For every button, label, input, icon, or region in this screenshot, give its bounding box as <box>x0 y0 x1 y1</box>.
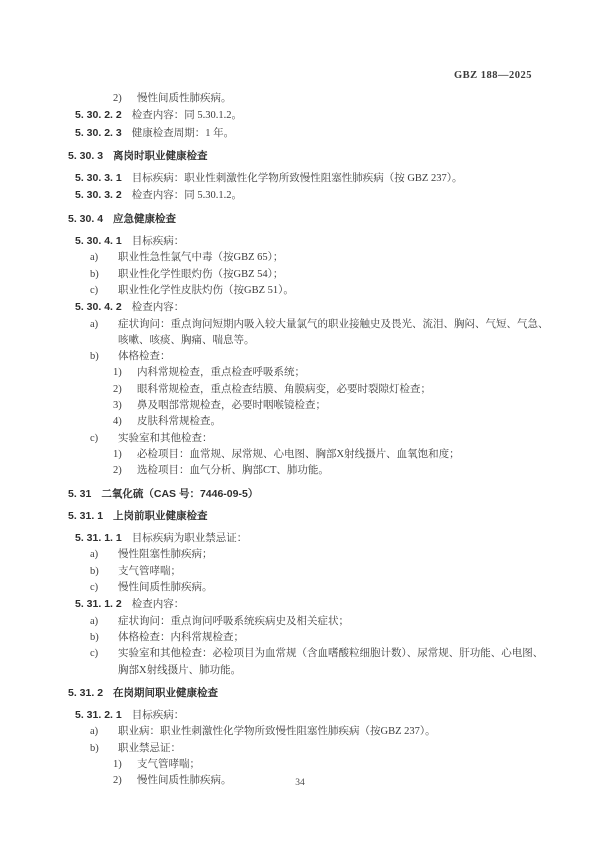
line-text: 皮肤科常规检查。 <box>137 416 221 427</box>
line-label: 1) <box>113 757 137 773</box>
line-label: a) <box>90 547 118 563</box>
doc-line: a)职业病：职业性刺激性化学物所致慢性阻塞性肺疾病（按GBZ 237）。 <box>90 724 555 740</box>
doc-line: b)支气管哮喘； <box>90 564 555 580</box>
document-page: GBZ 188—2025 2)慢性间质性肺疾病。5. 30. 2. 2检查内容：… <box>0 0 600 848</box>
doc-line: 5. 30. 3. 2检查内容：同 5.30.1.2。 <box>75 187 555 204</box>
line-text: 职业性化学性眼灼伤（按GBZ 54）； <box>118 269 283 280</box>
line-text: 眼科常规检查，重点检查结膜、角膜病变，必要时裂隙灯检查； <box>137 384 431 395</box>
line-label: 3) <box>113 398 137 414</box>
line-text: 支气管哮喘； <box>137 759 200 770</box>
doc-line: 5. 30. 4应急健康检查 <box>68 211 555 227</box>
doc-line: 5. 31. 2在岗期间职业健康检查 <box>68 685 555 701</box>
line-text: 应急健康检查 <box>113 213 176 225</box>
doc-line: 1)内科常规检查，重点检查呼吸系统； <box>113 365 555 381</box>
doc-line: 咳嗽、咳痰、胸痛、喘息等。 <box>118 333 555 349</box>
doc-line: 5. 30. 2. 2检查内容：同 5.30.1.2。 <box>75 107 555 124</box>
document-content: 2)慢性间质性肺疾病。5. 30. 2. 2检查内容：同 5.30.1.2。5.… <box>68 91 555 790</box>
line-label: 5. 30. 3 <box>68 150 103 162</box>
line-label: 2) <box>113 382 137 398</box>
line-label: a) <box>90 724 118 740</box>
line-text: 选检项目：血气分析、胸部CT、肺功能。 <box>137 465 329 476</box>
doc-line: 5. 30. 4. 2检查内容： <box>75 299 555 316</box>
doc-line: a)慢性阻塞性肺疾病； <box>90 547 555 563</box>
line-text: 目标疾病为职业禁忌证： <box>132 533 248 544</box>
doc-line: 1)必检项目：血常规、尿常规、心电图、胸部X射线摄片、血氧饱和度； <box>113 447 555 463</box>
doc-line: 2)选检项目：血气分析、胸部CT、肺功能。 <box>113 463 555 479</box>
line-label: 5. 30. 4. 1 <box>75 235 122 247</box>
line-label: b) <box>90 267 118 283</box>
line-text: 检查内容：同 5.30.1.2。 <box>132 190 242 201</box>
line-label: 5. 31. 1. 2 <box>75 598 122 610</box>
doc-line: 1)支气管哮喘； <box>113 757 555 773</box>
line-text: 实验室和其他检查： <box>118 433 213 444</box>
doc-line: c)实验室和其他检查： <box>90 431 555 447</box>
line-text: 鼻及咽部常规检查，必要时咽喉镜检查； <box>137 400 326 411</box>
line-text: 上岗前职业健康检查 <box>113 510 208 522</box>
doc-line: 5. 30. 2. 3健康检查周期：1 年。 <box>75 125 555 142</box>
line-text: 内科常规检查，重点检查呼吸系统； <box>137 367 305 378</box>
line-text: 健康检查周期：1 年。 <box>132 128 234 139</box>
line-label: 5. 31. 2 <box>68 687 103 699</box>
line-text: 支气管哮喘； <box>118 566 181 577</box>
doc-line: 2)慢性间质性肺疾病。 <box>113 91 555 107</box>
line-text: 体格检查：内科常规检查； <box>118 632 244 643</box>
doc-line: b)职业性化学性眼灼伤（按GBZ 54）； <box>90 267 555 283</box>
line-label: 5. 30. 3. 2 <box>75 189 122 201</box>
doc-line: 5. 31二氧化硫（CAS 号：7446-09-5） <box>68 486 555 502</box>
line-label: 2) <box>113 91 137 107</box>
line-text: 职业禁忌证： <box>118 743 181 754</box>
doc-line: 4)皮肤科常规检查。 <box>113 414 555 430</box>
doc-line: 5. 30. 4. 1目标疾病： <box>75 233 555 250</box>
line-text: 体格检查： <box>118 351 171 362</box>
line-label: 5. 31 <box>68 488 91 500</box>
doc-line: b)体格检查： <box>90 349 555 365</box>
line-label: 5. 30. 3. 1 <box>75 172 122 184</box>
line-label: b) <box>90 564 118 580</box>
line-label: b) <box>90 630 118 646</box>
line-text: 检查内容： <box>132 599 185 610</box>
line-text: 职业病：职业性刺激性化学物所致慢性阻塞性肺疾病（按GBZ 237）。 <box>118 726 436 737</box>
line-text: 在岗期间职业健康检查 <box>113 687 218 699</box>
line-text: 检查内容：同 5.30.1.2。 <box>132 110 242 121</box>
doc-line: c)职业性化学性皮肤灼伤（按GBZ 51）。 <box>90 283 555 299</box>
line-label: 5. 30. 4 <box>68 213 103 225</box>
line-text: 离岗时职业健康检查 <box>113 150 208 162</box>
line-label: a) <box>90 317 118 333</box>
line-text: 慢性阻塞性肺疾病； <box>118 549 213 560</box>
line-text: 慢性间质性肺疾病。 <box>137 93 232 104</box>
line-label: b) <box>90 349 118 365</box>
line-label: 5. 31. 2. 1 <box>75 709 122 721</box>
line-text: 职业性化学性皮肤灼伤（按GBZ 51）。 <box>118 285 294 296</box>
running-header: GBZ 188—2025 <box>454 70 532 81</box>
line-label: b) <box>90 741 118 757</box>
line-text: 症状询问：重点询问呼吸系统疾病史及相关症状； <box>118 616 349 627</box>
page-number: 34 <box>0 778 600 788</box>
line-label: c) <box>90 283 118 299</box>
line-label: a) <box>90 614 118 630</box>
line-text: 二氧化硫（CAS 号：7446-09-5） <box>101 488 258 500</box>
line-text: 慢性间质性肺疾病。 <box>118 582 213 593</box>
line-text: 目标疾病：职业性刺激性化学物所致慢性阻塞性肺疾病（按 GBZ 237）。 <box>132 173 463 184</box>
line-label: c) <box>90 646 118 662</box>
line-text: 胸部X射线摄片、肺功能。 <box>118 665 241 676</box>
doc-line: c)实验室和其他检查：必检项目为血常规（含血嗜酸粒细胞计数）、尿常规、肝功能、心… <box>90 646 555 662</box>
line-label: c) <box>90 580 118 596</box>
doc-line: 5. 31. 1. 1目标疾病为职业禁忌证： <box>75 530 555 547</box>
line-text: 职业性急性氯气中毒（按GBZ 65）； <box>118 252 283 263</box>
line-label: 5. 31. 1. 1 <box>75 532 122 544</box>
doc-line: c)慢性间质性肺疾病。 <box>90 580 555 596</box>
doc-line: 5. 31. 1. 2检查内容： <box>75 596 555 613</box>
line-label: 1) <box>113 447 137 463</box>
doc-line: 5. 30. 3离岗时职业健康检查 <box>68 148 555 164</box>
doc-line: b)职业禁忌证： <box>90 741 555 757</box>
line-text: 症状询问：重点询问短期内吸入较大量氯气的职业接触史及畏光、流泪、胸闷、气短、气急… <box>118 319 549 330</box>
line-label: 4) <box>113 414 137 430</box>
line-text: 必检项目：血常规、尿常规、心电图、胸部X射线摄片、血氧饱和度； <box>137 449 460 460</box>
doc-line: 2)眼科常规检查，重点检查结膜、角膜病变，必要时裂隙灯检查； <box>113 382 555 398</box>
line-text: 咳嗽、咳痰、胸痛、喘息等。 <box>118 335 255 346</box>
line-text: 目标疾病： <box>132 236 185 247</box>
line-label: 5. 30. 4. 2 <box>75 301 122 313</box>
doc-line: 胸部X射线摄片、肺功能。 <box>118 663 555 679</box>
line-label: c) <box>90 431 118 447</box>
doc-line: a)症状询问：重点询问短期内吸入较大量氯气的职业接触史及畏光、流泪、胸闷、气短、… <box>90 317 555 333</box>
line-label: a) <box>90 250 118 266</box>
doc-line: 5. 31. 2. 1目标疾病： <box>75 707 555 724</box>
doc-line: 3)鼻及咽部常规检查，必要时咽喉镜检查； <box>113 398 555 414</box>
line-label: 5. 30. 2. 3 <box>75 127 122 139</box>
doc-line: b)体格检查：内科常规检查； <box>90 630 555 646</box>
line-text: 检查内容： <box>132 302 185 313</box>
doc-line: 5. 30. 3. 1目标疾病：职业性刺激性化学物所致慢性阻塞性肺疾病（按 GB… <box>75 170 555 187</box>
doc-line: 5. 31. 1上岗前职业健康检查 <box>68 508 555 524</box>
doc-line: a)症状询问：重点询问呼吸系统疾病史及相关症状； <box>90 614 555 630</box>
line-text: 实验室和其他检查：必检项目为血常规（含血嗜酸粒细胞计数）、尿常规、肝功能、心电图… <box>118 648 543 659</box>
line-label: 2) <box>113 463 137 479</box>
doc-line: a)职业性急性氯气中毒（按GBZ 65）； <box>90 250 555 266</box>
line-label: 1) <box>113 365 137 381</box>
line-text: 目标疾病： <box>132 710 185 721</box>
line-label: 5. 31. 1 <box>68 510 103 522</box>
line-label: 5. 30. 2. 2 <box>75 109 122 121</box>
